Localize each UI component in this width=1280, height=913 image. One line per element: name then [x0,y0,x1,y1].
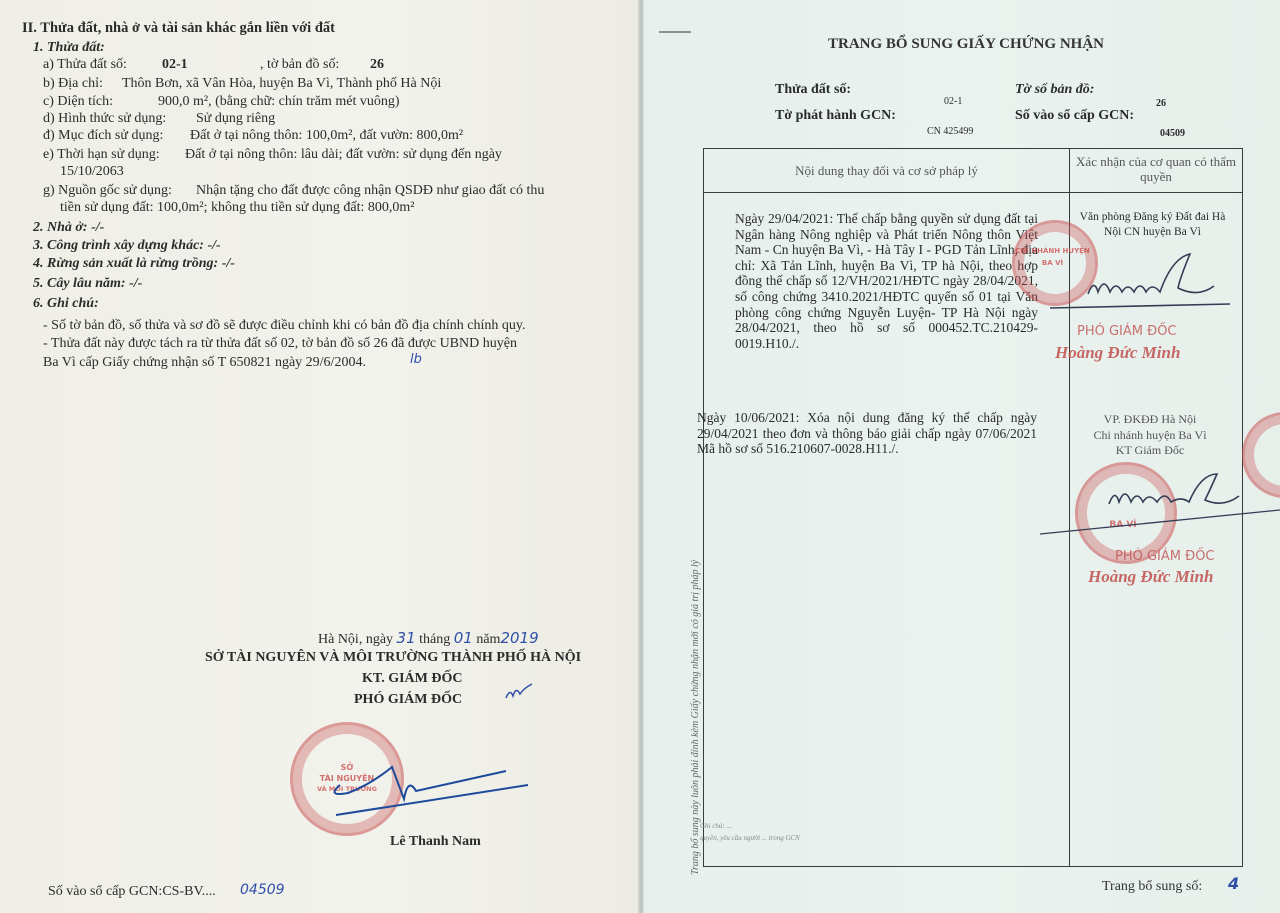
parcel-label: a) Thửa đất số: [43,57,127,73]
table-row-2-signer: Hoàng Đức Minh [1088,567,1213,587]
row-2-office-line-2: Chi nhánh huyện Ba Vì [1075,428,1225,444]
row-2-office-line-3: KT Giám Đốc [1075,443,1225,459]
page-fold [638,0,644,913]
note-2a: - Thửa đất này được tách ra từ thửa đất … [43,336,517,352]
term-label: e) Thời hạn sử dụng: [43,147,160,163]
parcel-label-right: Thửa đất số: [775,82,851,98]
row-2-office-line-1: VP. ĐKĐĐ Hà Nội [1075,412,1225,428]
date-year-label: năm [476,632,500,647]
signature-left-icon [330,755,530,825]
perennial-item: 5. Cây lâu năm: -/- [33,276,142,292]
table-row-2-office: VP. ĐKĐĐ Hà Nội Chi nhánh huyện Ba Vì KT… [1075,412,1225,459]
signer-name: Lê Thanh Nam [390,834,481,850]
map-sheet-value: 26 [1156,98,1166,109]
table-header-divider [704,192,1242,193]
table-row-1-office: Văn phòng Đăng ký Đất đai Hà Nội CN huyệ… [1070,210,1235,240]
purpose-value: Đất ở tại nông thôn: 100,0m², đất vườn: … [190,128,463,144]
term-value-date: 15/10/2063 [60,164,124,180]
address-label: b) Địa chỉ: [43,76,103,92]
address-value: Thôn Bơn, xã Vân Hòa, huyện Ba Vì, Thành… [122,76,441,92]
vertical-legal-note: Trang bổ sung này luôn phải đính kèm Giấ… [690,560,701,875]
pen-stroke-icon [1040,504,1280,544]
initials-mark-icon [504,682,534,702]
signer-role-2: PHÓ GIÁM ĐỐC [354,692,462,708]
origin-label: g) Nguồn gốc sử dụng: [43,183,172,199]
date-day: 31 [397,629,416,647]
map-number: 26 [370,57,384,73]
date-month: 01 [454,629,473,647]
table-row-1-content: Ngày 29/04/2021: Thế chấp bằng quyền sử … [735,211,1038,351]
gcn-entry-label: Số vào sổ cấp GCN:CS-BV.... [48,884,216,900]
area-value: 900,0 m², (bằng chữ: chín trăm mét vuông… [158,94,400,110]
usage-form-label: d) Hình thức sử dụng: [43,111,166,127]
gcn-sheet-label: Tờ phát hành GCN: [775,108,896,124]
issue-date: Hà Nội, ngày 31 tháng 01 năm2019 [318,630,539,648]
origin-value: Nhận tặng cho đất được công nhận QSDĐ nh… [196,183,544,199]
date-month-label: tháng [419,632,450,647]
gcn-entry-value: 04509 [240,882,285,898]
date-year: 2019 [500,629,538,647]
table-footer-note-1: Ghi chú: ... [700,822,732,830]
usage-form-value: Sử dụng riêng [196,111,275,127]
area-label: c) Diện tích: [43,94,113,110]
parcel-value-right: 02-1 [944,96,962,107]
origin-value-2: tiền sử dụng đất: 100,0m²; không thu tiề… [60,200,415,216]
note-1: - Số tờ bản đồ, số thửa và sơ đồ sẽ được… [43,318,525,334]
term-value: Đất ở tại nông thôn: lâu dài; đất vườn: … [185,147,502,163]
gcn-entry-label-right: Số vào sổ cấp GCN: [1015,108,1134,124]
pen-mark-icon [655,18,695,38]
page-number-label: Trang bổ sung số: [1102,879,1202,895]
issuing-agency: SỞ TÀI NGUYÊN VÀ MÔI TRƯỜNG THÀNH PHỐ HÀ… [205,650,581,666]
table-row-1-signer: Hoàng Đức Minh [1055,343,1180,363]
page-number-value: 4 [1228,874,1239,893]
table-row-2-role: PHÓ GIÁM ĐỐC [1115,549,1215,564]
map-sheet-label: Tờ số bản đồ: [1015,82,1094,98]
supplement-title: TRANG BỔ SUNG GIẤY CHỨNG NHẬN [828,36,1104,52]
note-initials: lb [410,352,422,367]
land-heading: 1. Thửa đất: [33,40,105,56]
table-row-1-role: PHÓ GIÁM ĐỐC [1077,324,1177,339]
section-title: II. Thửa đất, nhà ở và tài sản khác gắn … [22,20,335,36]
table-header-confirmation: Xác nhận của cơ quan có thẩm quyền [1076,154,1236,184]
parcel-number: 02-1 [162,57,188,73]
notes-heading: 6. Ghi chú: [33,296,99,312]
stamp-text-row-1: CHI NHÁNH HUYỆN BA VÌ [1015,245,1090,269]
gcn-entry-value-right: 04509 [1160,128,1185,139]
other-construction-item: 3. Công trình xây dựng khác: -/- [33,238,221,254]
house-item: 2. Nhà ở: -/- [33,220,104,236]
table-row-2-content: Ngày 10/06/2021: Xóa nội dung đăng ký th… [697,410,1037,457]
gcn-sheet-value: CN 425499 [927,126,973,137]
note-2b: Ba Vì cấp Giấy chứng nhận số T 650821 ng… [43,355,366,371]
signature-row-1-icon [1080,248,1230,308]
map-label: , tờ bản đồ số: [260,57,339,73]
signer-role-1: KT. GIÁM ĐỐC [362,671,462,687]
table-footer-note-2: quyền, yêu cầu người ... trong GCN [700,834,800,842]
forest-item: 4. Rừng sản xuất là rừng trồng: -/- [33,256,235,272]
purpose-label: đ) Mục đích sử dụng: [43,128,163,144]
table-header-content: Nội dung thay đổi và cơ sở pháp lý [704,163,1069,178]
date-prefix: Hà Nội, ngày [318,632,393,647]
